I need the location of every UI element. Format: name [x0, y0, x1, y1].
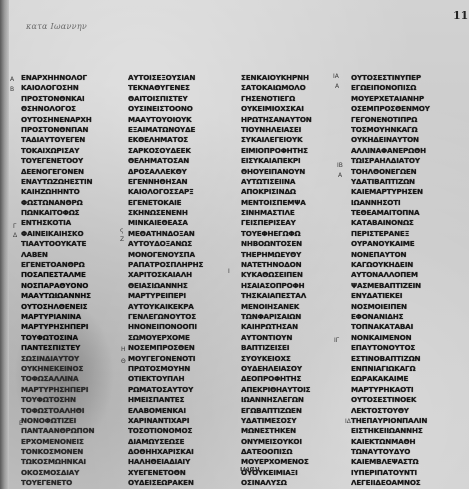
- manuscript-line: ΓΗΣΕΝΟΤΙΕΓΩ: [241, 94, 329, 104]
- margin-section-number: Θ: [121, 358, 126, 365]
- manuscript-line: ΧΥΕΓΕΝΕΤΟΘΝ: [128, 468, 218, 478]
- manuscript-line: ΗΜΕΙΣΠΑΝΤΕΣ: [128, 395, 218, 405]
- manuscript-page: κατα Ιωαννην 11 ΕΝΑΡΧΗΗΝΟΛΟΓΚΑΙΟΛΟΓΟΣΗΝΠ…: [0, 0, 469, 489]
- manuscript-line: ΔΡΟΣΑΛΛΕΚΘΥ: [128, 167, 218, 177]
- manuscript-line: ΟΥΤΟΣΗΛΘΕΝΕΙΣ: [21, 302, 107, 312]
- manuscript-line: ΤΟΦΩΣΑΛΛΙΝΑ: [21, 374, 107, 384]
- manuscript-line: ΤΩΝΦΑΡΙΣΑΙΩΝ: [241, 312, 329, 322]
- manuscript-line: ΤΑΔΙΑΥΤΟΥΕΓΕΝ: [21, 135, 107, 145]
- manuscript-line: ΠΩΝΚΑΙΤΟΦΩΣ: [21, 208, 107, 218]
- manuscript-line: ΕΣΤΙΝΟΒΑΠΤΙΖΩΝ: [351, 354, 444, 364]
- manuscript-line: ΔΑΤΕΟΟΠΙΣΩ: [241, 447, 329, 457]
- manuscript-line: ΑΥΤΟΝΑΛΛΟΠΕΜ: [351, 270, 444, 280]
- manuscript-line: ΕΝΥΔΑΤΙΕΚΕΙ: [351, 291, 444, 301]
- manuscript-line: ΒΑΠΤΙΖΕΙΣΕΙ: [241, 343, 329, 353]
- binding-edge: [0, 0, 9, 489]
- manuscript-line: ΝΑΤΕΤΗΝΟΔΟΝ: [241, 260, 329, 270]
- manuscript-line: ΤΟΥΦΩΤΟΣΙΝΑ: [21, 333, 107, 343]
- manuscript-line: ΟΣΙΝΑΛΥΣΩ: [241, 478, 329, 488]
- manuscript-line: ΜΟΥΓΕΓΟΝΕΝΟΤΙ: [128, 354, 218, 364]
- manuscript-line: ΑΥΤΟΙΣΕΞΟΥΣΙΑΝ: [128, 73, 218, 83]
- manuscript-line: ΕΓΕΝΝΗΘΗΣΑΝ: [128, 177, 218, 187]
- manuscript-line: ΕΠΑΥΤΟΝΟΥΤΟΣ: [351, 343, 444, 353]
- manuscript-line: ΘΗΟΥΕΙΠΑΝΟΥΝ: [241, 167, 329, 177]
- margin-section-number: Ζ: [120, 236, 124, 243]
- manuscript-line: ΜΑΡΤΥΡΕΙΠΕΡΙ: [128, 291, 218, 301]
- manuscript-line: ΜΕΘΑΤΗΝΔΟΞΑΝ: [128, 229, 218, 239]
- margin-section-number: Α: [338, 172, 342, 179]
- manuscript-line: ΑΛΛΙΝΑΦΑΝΕΡΩΘΗ: [351, 146, 444, 156]
- manuscript-line: ΤΙΟΥΝΗΛΕΙΑΣΕΙ: [241, 125, 329, 135]
- manuscript-line: ΘΕΙΑΣΙΩΑΝΝΗΣ: [128, 281, 218, 291]
- manuscript-line: ΟΥΔΕΗΛΕΙΑΣΟΥ: [241, 364, 329, 374]
- manuscript-line: ΑΥΤΩΤΙΣΕΙΙΝΑ: [241, 177, 329, 187]
- manuscript-line: ΧΑΡΙΤΟΣΚΑΙΑΛΗ: [128, 270, 218, 280]
- manuscript-line: ΟΥΚΗΔΕΙΝΑΥΤΟΝ: [351, 135, 444, 145]
- manuscript-line: ΕΝΤΗΣΚΟΤΙΑ: [21, 218, 107, 228]
- manuscript-line: ΤΟΥΕΓΕΝΕΤΟΟΥ: [21, 156, 107, 166]
- manuscript-line: ΕΛΑΒΟΜΕΝΚΑΙ: [128, 406, 218, 416]
- manuscript-line: ΦΩΣΤΩΝΑΝΘΡΩ: [21, 198, 107, 208]
- margin-section-number: ς: [120, 227, 124, 234]
- manuscript-line: ΙΩΑΝΝΗΣΛΕΓΩΝ: [241, 395, 329, 405]
- manuscript-line: ΚΑΙΟΛΟΓΟΣΣΑΡΞ: [128, 187, 218, 197]
- manuscript-line: ΝΟΣΠΑΡΑΘΥΟΝΟ: [21, 281, 107, 291]
- manuscript-line: ΠΑΝΤΑΑΝΘΡΩΠΟΝ: [21, 426, 107, 436]
- manuscript-line: ΟΥΣΙΝΕΙΣΤΟΟΝΟ: [128, 104, 218, 114]
- manuscript-line: ΣΕΝΚΑΙΟΥΚΗΡΝΗ: [241, 73, 329, 83]
- manuscript-line: ΗΝΟΝΕΙΠΟΝΟΟΠΙ: [128, 322, 218, 332]
- manuscript-line: ΕΝΑΥΤΩΖΩΗΕΣΤΙΝ: [21, 177, 107, 187]
- manuscript-line: ΕΓΩΕΙΠΟΝΟΠΙΣΩ: [351, 83, 444, 93]
- manuscript-line: ΚΑΙΕΚΤΩΝΜΑΘΗ: [351, 437, 444, 447]
- manuscript-line: ΤΟΥΦΩΤΟΣΗΝ: [21, 395, 107, 405]
- manuscript-line: ΤΟΥΕΦΗΕΓΩΦΩ: [241, 229, 329, 239]
- manuscript-line: ΓΕΓΟΝΕΝΟΤΙΠΡΩ: [351, 115, 444, 125]
- manuscript-line: ΗΡΩΤΗΣΑΝΑΥΤΟΝ: [241, 115, 329, 125]
- manuscript-line: ΤΟΝΚΟΣΜΟΝΕΝ: [21, 447, 107, 457]
- manuscript-line: ΤΕΚΝΑΘΥΓΕΝΕΣ: [128, 83, 218, 93]
- manuscript-line: ΣΙΝΗΜΑΣΤΙΛΕ: [241, 208, 329, 218]
- manuscript-line: ΕΞΑΙΜΑΤΩΝΟΥΔΕ: [128, 125, 218, 135]
- manuscript-line: ΕΝΑΡΧΗΗΝΟΛΟΓ: [21, 73, 107, 83]
- manuscript-line: ΦΑΙΝΕΙΚΑΙΗΣΚΟ: [21, 229, 107, 239]
- manuscript-line: ΝΟΝΟΦΩΤΙΖΕΙ: [21, 416, 107, 426]
- manuscript-line: ΤΗΕΠΑΥΡΙΟΝΠΑΛΙΝ: [351, 416, 444, 426]
- manuscript-line: ΚΑΤΑΒΑΙΝΟΝΩΣ: [351, 218, 444, 228]
- manuscript-line: ΕΙΣΥΚΑΙΑΠΕΚΡΙ: [241, 156, 329, 166]
- manuscript-line: ΚΥΚΑΘΩΣΕΙΠΕΝ: [241, 270, 329, 280]
- manuscript-line: ΧΑΡΙΝΑΝΤΙΧΑΡΙ: [128, 416, 218, 426]
- manuscript-line: ΙΩΑΝΝΗΣΟΤΙ: [351, 198, 444, 208]
- manuscript-line: ΔΕΟΠΡΟΦΗΤΗΣ: [241, 374, 329, 384]
- manuscript-line: ΟΝΥΜΕΙΣΟΥΚΟΙ: [241, 437, 329, 447]
- manuscript-line: ΝΟΝΚΑΙΜΕΝΟΝ: [351, 333, 444, 343]
- manuscript-line: ΠΟΣΑΠΕΣΤΑΛΜΕ: [21, 270, 107, 280]
- manuscript-line: ΗΣΑΙΑΣΟΠΡΟΦΗ: [241, 281, 329, 291]
- manuscript-line: ΕΓΕΝΕΤΟΑΝΘΡΩ: [21, 260, 107, 270]
- manuscript-line: ΝΟΣΜΟΙΕΙΠΕΝ: [351, 302, 444, 312]
- manuscript-line: ΔΟΘΗΗΧΑΡΙΣΚΑΙ: [128, 447, 218, 457]
- manuscript-line: ΕΓΕΝΕΤΟΚΑΙΕ: [128, 198, 218, 208]
- manuscript-line: ΓΕΝΛΕΓΩΝΟΥΤΟΣ: [128, 312, 218, 322]
- manuscript-line: ΠΡΟΣΤΟΝΘΝΚΑΙ: [21, 94, 107, 104]
- margin-section-number: Α: [10, 76, 14, 83]
- manuscript-line: ΟΚΟΣΜΟΣΔΙΑΥ: [21, 468, 107, 478]
- manuscript-line: ΜΑΑΥΤΩΙΩΑΝΝΗΣ: [21, 291, 107, 301]
- manuscript-line: ΜΑΡΤΥΡΗΣΗΠΕΡΙ: [21, 385, 107, 395]
- manuscript-line: ΤΟΣΟΤΙΟΝΟΜΟΣ: [128, 426, 218, 436]
- manuscript-line: ΜΟΥΕΡΧΕΤΑΙΑΝΗΡ: [351, 94, 444, 104]
- manuscript-line: ΚΑΙΕΜΒΛΕΨΑΣΤΩ: [351, 457, 444, 467]
- manuscript-line: ΑΠΕΚΡΙΘΗΑΥΤΟΙΣ: [241, 385, 329, 395]
- manuscript-line: ΤΩΙΣΡΑΗΛΔΙΑΤΟΥ: [351, 156, 444, 166]
- manuscript-line: ΛΕΓΕΙΙΔΕΟΑΜΝΟΣ: [351, 478, 444, 488]
- manuscript-line: ΕΚΘΕΛΗΜΑΤΟΣ: [128, 135, 218, 145]
- manuscript-line: ΑΥΤΟΥΔΟΞΑΝΩΣ: [128, 239, 218, 249]
- manuscript-line: ΔΕΕΝΟΓΕΓΟΝΕΝ: [21, 167, 107, 177]
- manuscript-line: ΜΑΡΤΥΡΗΣΗΠΕΡΙ: [21, 322, 107, 332]
- manuscript-line: ΜΑΡΤΥΡΗΚΑΟΤΙ: [351, 385, 444, 395]
- pencil-header-note: κατα Ιωαννην: [26, 22, 87, 31]
- manuscript-line: ΟΥΤΟΣΕΣΤΙΝΥΠΕΡ: [351, 73, 444, 83]
- manuscript-line: ΕΙΣΤΗΚΕΙΙΩΑΝΝΗΣ: [351, 426, 444, 436]
- manuscript-line: ΜΟΝΟΓΕΝΟΥΣΠΑ: [128, 250, 218, 260]
- manuscript-line: ΣΚΗΝΩΣΕΝΕΝΗ: [128, 208, 218, 218]
- manuscript-line: ΕΙΜΙΟΠΡΟΦΗΤΗΣ: [241, 146, 329, 156]
- manuscript-line: ΔΙΑΜΩΥΣΕΩΣΕ: [128, 437, 218, 447]
- manuscript-line: ΣΥΚΑΙΛΕΓΕΙΟΥΚ: [241, 135, 329, 145]
- manuscript-line: ΘΑΙΤΟΙΣΠΙΣΤΕΥ: [128, 94, 218, 104]
- manuscript-line: ΠΡΩΤΟΣΜΟΥΗΝ: [128, 364, 218, 374]
- margin-section-number: Ε: [19, 420, 23, 427]
- manuscript-line: ΠΕΡΙΣΤΕΡΑΝΕΞ: [351, 229, 444, 239]
- manuscript-line: ΤΟΗΛΘΟΝΕΓΩΕΝ: [351, 167, 444, 177]
- manuscript-line: ΤΟΦΩΣΤΟΑΛΗΘΙ: [21, 406, 107, 416]
- manuscript-line: ΜΕΝΤΟΙΣΠΕΜΨΑ: [241, 198, 329, 208]
- manuscript-line: ΑΥΤΟΥΚΑΙΚΕΚΡΑ: [128, 302, 218, 312]
- text-column-2: ΑΥΤΟΙΣΕΞΟΥΣΙΑΝΤΕΚΝΑΘΥΓΕΝΕΣΘΑΙΤΟΙΣΠΙΣΤΕΥΟ…: [128, 73, 218, 489]
- manuscript-line: ΝΟΣΕΜΠΡΟΣΘΕΝ: [128, 343, 218, 353]
- manuscript-line: ΘΣΗΝΟΛΟΓΟΣ: [21, 104, 107, 114]
- manuscript-line: ΣΥΟΥΚΕΙΟΧΣ: [241, 354, 329, 364]
- manuscript-line: ΟΤΙΕΚΤΟΥΠΛΗ: [128, 374, 218, 384]
- manuscript-line: ΡΑΠΑΤΡΟΣΠΛΗΡΗΣ: [128, 260, 218, 270]
- margin-section-number: ΙΔ: [345, 418, 351, 425]
- manuscript-line: ΟΥΡΑΝΟΥΚΑΙΜΕ: [351, 239, 444, 249]
- text-column-4: ΟΥΤΟΣΕΣΤΙΝΥΠΕΡΕΓΩΕΙΠΟΝΟΠΙΣΩΜΟΥΕΡΧΕΤΑΙΑΝΗ…: [351, 73, 444, 489]
- text-column-3: ΣΕΝΚΑΙΟΥΚΗΡΝΗΣΑΤΟΚΑΙΩΜΟΛΟΓΗΣΕΝΟΤΙΕΓΩΟΥΚΕ…: [241, 73, 329, 489]
- manuscript-line: ΤΕΘΕΑΜΑΙΤΟΠΝΑ: [351, 208, 444, 218]
- manuscript-line: ΕΩΡΑΚΑΚΑΙΜΕ: [351, 374, 444, 384]
- manuscript-line: ΜΩΝΕΣΤΗΚΕΝ: [241, 426, 329, 436]
- margin-section-number: Η: [121, 346, 126, 353]
- manuscript-line: ΝΟΝΕΠΑΥΤΟΝ: [351, 250, 444, 260]
- manuscript-line: ΜΑΡΤΥΡΙΑΝΙΝΑ: [21, 312, 107, 322]
- manuscript-line: ΡΩΜΑΤΟΣΑΥΤΟΥ: [128, 385, 218, 395]
- manuscript-line: ΜΑΑΥΤΟΥΟΙΟΥΚ: [128, 115, 218, 125]
- manuscript-line: ΟΥΤΟΣΕΣΤΙΝΟΕΚ: [351, 395, 444, 405]
- manuscript-line: ΤΙΑΑΥΤΟΟΥΚΑΤΕ: [21, 239, 107, 249]
- manuscript-line: ΚΑΙΗΡΩΤΗΣΑΝ: [241, 322, 329, 332]
- quire-signature: ιωαν: [240, 465, 260, 473]
- manuscript-line: ΤΗΕΡΗΜΩΕΥΘΥ: [241, 250, 329, 260]
- manuscript-line: ΟΥΚΕΙΜΙΟΧΣΚΑΙ: [241, 104, 329, 114]
- manuscript-line: ΕΦΟΝΑΝΙΔΗΣ: [351, 312, 444, 322]
- folio-number: 11: [453, 9, 468, 22]
- manuscript-line: ΘΕΛΗΜΑΤΟΣΑΝ: [128, 156, 218, 166]
- margin-section-number: ΙΑ: [333, 73, 339, 80]
- manuscript-line: ΟΥΔΕΙΣΕΩΡΑΚΕΝ: [128, 478, 218, 488]
- manuscript-line: ΕΝΠΝΙΑΓΙΩΚΑΓΩ: [351, 364, 444, 374]
- manuscript-line: ΤΗΣΚΑΙΑΠΕΣΤΑΛ: [241, 291, 329, 301]
- manuscript-line: ΜΕΝΟΙΗΣΑΝΕΚ: [241, 302, 329, 312]
- manuscript-line: ΚΑΓΩΟΥΚΗΔΕΙΝ: [351, 260, 444, 270]
- manuscript-line: ΠΑΝΤΕΣΠΙΣΤΕΥ: [21, 343, 107, 353]
- margin-section-number: Ι: [228, 268, 230, 275]
- manuscript-line: ΤΟΚΑΙΧΩΡΙΣΑΥ: [21, 146, 107, 156]
- manuscript-line: ΛΕΚΤΟΣΤΟΥΘΥ: [351, 406, 444, 416]
- margin-section-number: ΙΒ: [337, 162, 343, 169]
- margin-section-number: Γ: [13, 223, 16, 230]
- manuscript-line: ΟΥΤΟΣΗΝΕΝΑΡΧΗ: [21, 115, 107, 125]
- manuscript-line: ΙΥΠΕΡΙΠΑΤΟΥΝΤΙ: [351, 468, 444, 478]
- manuscript-line: ΥΔΑΤΙΒΑΠΤΙΖΩΝ: [351, 177, 444, 187]
- manuscript-line: ΟΥΚΗΝΕΚΕΙΝΟΣ: [21, 364, 107, 374]
- margin-section-number: Δ: [13, 232, 17, 239]
- manuscript-line: ΥΔΑΤΙΜΕΣΟΣΥ: [241, 416, 329, 426]
- manuscript-line: ΑΥΤΟΝΤΙΟΥΝ: [241, 333, 329, 343]
- manuscript-line: ΨΑΣΜΕΒΑΠΤΙΖΕΙΝ: [351, 281, 444, 291]
- manuscript-line: ΑΠΟΚΡΙΣΙΝΔΩ: [241, 187, 329, 197]
- manuscript-line: ΚΑΙΗΖΩΗΗΝΤΟ: [21, 187, 107, 197]
- manuscript-line: ΚΑΙΕΜΑΡΤΥΡΗΣΕΝ: [351, 187, 444, 197]
- manuscript-line: ΟΣΕΜΠΡΟΣΘΕΝΜΟΥ: [351, 104, 444, 114]
- manuscript-line: ΣΑΤΟΚΑΙΩΜΟΛΟ: [241, 83, 329, 93]
- manuscript-line: ΗΑΛΗΘΕΙΑΔΙΑΙΥ: [128, 457, 218, 467]
- manuscript-line: ΤΩΚΟΣΜΩΗΝΚΑΙ: [21, 457, 107, 467]
- manuscript-line: ΜΙΝΚΑΙΕΘΕΑΣΑ: [128, 218, 218, 228]
- manuscript-line: ΓΕΙΣΠΕΡΙΣΕΑΥ: [241, 218, 329, 228]
- manuscript-line: ΚΑΙΟΛΟΓΟΣΗΝ: [21, 83, 107, 93]
- manuscript-line: ΣΑΡΚΟΣΟΥΔΕΕΚ: [128, 146, 218, 156]
- text-column-1: ΕΝΑΡΧΗΗΝΟΛΟΓΚΑΙΟΛΟΓΟΣΗΝΠΡΟΣΤΟΝΘΝΚΑΙΘΣΗΝΟ…: [21, 73, 107, 489]
- manuscript-line: ΤΟΥΕΓΕΝΕΤΟ: [21, 478, 107, 488]
- manuscript-line: ΠΡΟΣΤΟΝΘΝΠΑΝ: [21, 125, 107, 135]
- manuscript-line: ΤΩΝΑΥΤΟΥΔΥΟ: [351, 447, 444, 457]
- manuscript-line: ΝΗΒΟΩΝΤΟΣΕΝ: [241, 239, 329, 249]
- manuscript-line: ΕΡΧΟΜΕΝΟΝΕΙΣ: [21, 437, 107, 447]
- margin-section-number: Α: [335, 83, 339, 90]
- margin-section-number: Β: [10, 86, 14, 93]
- manuscript-line: ΕΓΩΒΑΠΤΙΖΩΕΝ: [241, 406, 329, 416]
- manuscript-line: ΤΟΠΝΑΚΑΤΑΒΑΙ: [351, 322, 444, 332]
- manuscript-line: ΤΟΣΜΟΥΗΝΚΑΓΩ: [351, 125, 444, 135]
- manuscript-line: ΣΩΜΟΥΕΡΧΟΜΕ: [128, 333, 218, 343]
- manuscript-line: ΣΩΣΙΝΔΙΑΥΤΟΥ: [21, 354, 107, 364]
- manuscript-line: ΛΑΒΕΝ: [21, 250, 107, 260]
- margin-section-number: ΙΓ: [334, 337, 339, 344]
